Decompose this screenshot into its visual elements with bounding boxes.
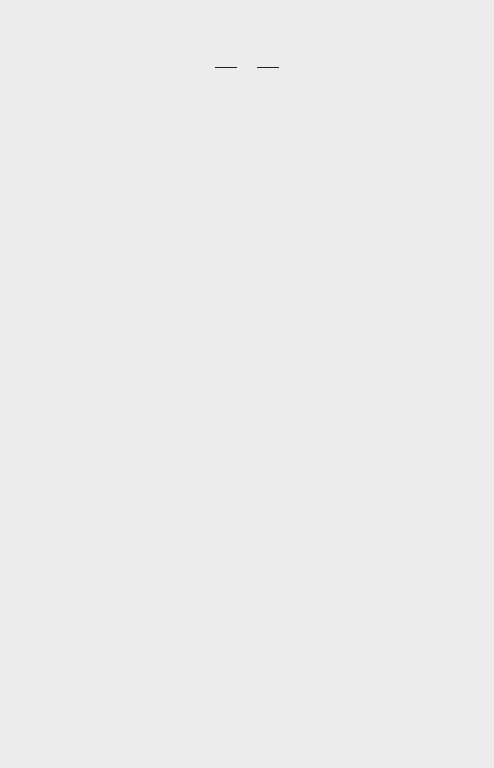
running-header [0,60,494,74]
header-rule-left [215,67,237,68]
document-page [0,0,494,768]
header-rule-right [257,67,279,68]
